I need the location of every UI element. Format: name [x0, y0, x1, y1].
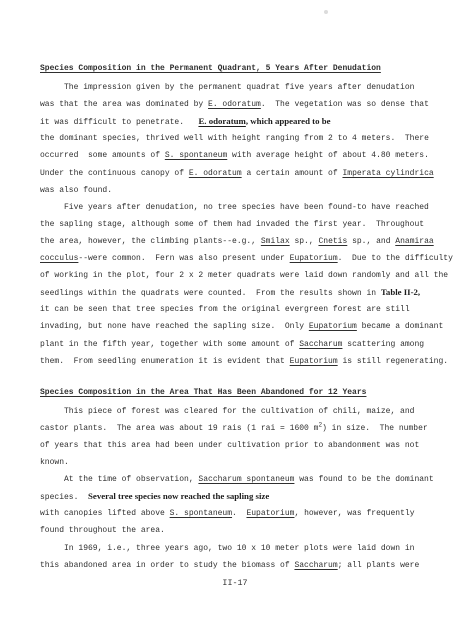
- text-line: the dominant species, thrived well with …: [40, 130, 454, 147]
- text-segment: was found to be the dominant: [294, 475, 433, 484]
- text-segment: castor plants. The area was about 19 rai…: [40, 424, 318, 433]
- text-line: Under the continuous canopy of E. odorat…: [40, 165, 454, 182]
- text-segment: Five years after denudation, no tree spe…: [64, 203, 429, 212]
- text-segment: At the time of observation,: [64, 475, 198, 484]
- text-segment: Under the continuous canopy of: [40, 169, 189, 178]
- text-segment: E. odoratum: [208, 100, 261, 109]
- text-line: the area, however, the climbing plants--…: [40, 233, 454, 250]
- text-segment: them. From seedling enumeration it is ev…: [40, 357, 290, 366]
- text-segment: , however, was frequently: [294, 509, 414, 518]
- document-section: Species Composition in the Area That Has…: [40, 384, 454, 574]
- text-segment: Eupatorium: [290, 357, 338, 366]
- text-line: occurred some amounts of S. spontaneum w…: [40, 147, 454, 164]
- text-line: was that the area was dominated by E. od…: [40, 96, 454, 113]
- text-line: cocculus--were common. Fern was also pre…: [40, 250, 454, 267]
- text-segment: Eupatorium: [290, 254, 338, 263]
- text-segment: the dominant species, thrived well with …: [40, 134, 429, 143]
- text-line: the sapling stage, although some of them…: [40, 216, 454, 233]
- text-segment: this abandoned area in order to study th…: [40, 561, 294, 570]
- text-segment: Several tree species now reached the sap…: [88, 491, 269, 501]
- text-segment: Cnetis: [318, 237, 347, 246]
- scan-artifact: [324, 10, 328, 14]
- text-segment: the area, however, the climbing plants--…: [40, 237, 261, 246]
- text-segment: E. odoratum: [198, 116, 245, 126]
- text-segment: seedlings within the quadrats were count…: [40, 289, 381, 298]
- text-segment: Eupatorium: [246, 509, 294, 518]
- text-segment: sp.,: [290, 237, 319, 246]
- text-segment: .: [232, 509, 246, 518]
- text-segment: In 1969, i.e., three years ago, two 10 x…: [64, 544, 414, 553]
- text-line: At the time of observation, Saccharum sp…: [40, 471, 454, 488]
- text-line: castor plants. The area was about 19 rai…: [40, 420, 454, 437]
- text-line: was also found.: [40, 182, 454, 199]
- text-segment: , which appeared to be: [246, 116, 331, 126]
- text-line: species. Several tree species now reache…: [40, 488, 454, 505]
- text-segment: S. spontaneum: [165, 151, 227, 160]
- text-segment: the sapling stage, although some of them…: [40, 220, 424, 229]
- scanned-document-page: Species Composition in the Permanent Qua…: [0, 0, 470, 640]
- text-line: In 1969, i.e., three years ago, two 10 x…: [40, 540, 454, 557]
- text-line: it can be seen that tree species from th…: [40, 301, 454, 318]
- text-line: This piece of forest was cleared for the…: [40, 403, 454, 420]
- text-segment: Saccharum: [299, 340, 342, 349]
- text-segment: species.: [40, 493, 88, 502]
- text-segment: ; all plants were: [338, 561, 420, 570]
- text-segment: . Due to the difficulty: [338, 254, 453, 263]
- text-segment: it can be seen that tree species from th…: [40, 305, 410, 314]
- text-segment: with average height of about 4.80 meters…: [227, 151, 429, 160]
- text-segment: E. odoratum: [189, 169, 242, 178]
- text-segment: a certain amount of: [242, 169, 343, 178]
- text-line: this abandoned area in order to study th…: [40, 557, 454, 574]
- text-segment: found throughout the area.: [40, 526, 165, 535]
- text-segment: it was difficult to penetrate.: [40, 118, 198, 127]
- text-segment: sp., and: [347, 237, 395, 246]
- text-segment: known.: [40, 458, 69, 467]
- text-segment: Imperata cylindrica: [342, 169, 433, 178]
- document-section: Species Composition in the Permanent Qua…: [40, 60, 454, 370]
- text-line: known.: [40, 454, 454, 471]
- text-segment: . The vegetation was so dense that: [261, 100, 429, 109]
- text-segment: of years that this area had been under c…: [40, 441, 419, 450]
- text-segment: was that the area was dominated by: [40, 100, 208, 109]
- text-segment: This piece of forest was cleared for the…: [64, 407, 414, 416]
- section-heading: Species Composition in the Permanent Qua…: [40, 60, 454, 77]
- text-line: invading, but none have reached the sapl…: [40, 318, 454, 335]
- text-segment: was also found.: [40, 186, 112, 195]
- text-segment: invading, but none have reached the sapl…: [40, 322, 309, 331]
- text-segment: of working in the plot, four 2 x 2 meter…: [40, 271, 448, 280]
- text-line: The impression given by the permanent qu…: [40, 79, 454, 96]
- text-segment: ) in size. The number: [322, 424, 428, 433]
- text-segment: --were common. Fern was also present und…: [78, 254, 289, 263]
- text-line: plant in the fifth year, together with s…: [40, 336, 454, 353]
- text-line: them. From seedling enumeration it is ev…: [40, 353, 454, 370]
- text-line: found throughout the area.: [40, 522, 454, 539]
- text-segment: Table II-2,: [381, 287, 420, 297]
- text-segment: Saccharum: [294, 561, 337, 570]
- text-segment: occurred some amounts of: [40, 151, 165, 160]
- text-segment: Smilax: [261, 237, 290, 246]
- page-number: II-17: [0, 578, 470, 588]
- text-segment: plant in the fifth year, together with s…: [40, 340, 299, 349]
- section-heading: Species Composition in the Area That Has…: [40, 384, 454, 401]
- text-segment: Eupatorium: [309, 322, 357, 331]
- text-line: it was difficult to penetrate. E. odorat…: [40, 113, 454, 130]
- text-segment: with canopies lifted above: [40, 509, 170, 518]
- text-segment: cocculus: [40, 254, 78, 263]
- text-segment: became a dominant: [357, 322, 443, 331]
- text-segment: is still regenerating.: [338, 357, 448, 366]
- text-line: seedlings within the quadrats were count…: [40, 284, 454, 301]
- text-segment: S. spontaneum: [170, 509, 232, 518]
- text-line: Five years after denudation, no tree spe…: [40, 199, 454, 216]
- text-line: of years that this area had been under c…: [40, 437, 454, 454]
- document-body: Species Composition in the Permanent Qua…: [40, 60, 454, 574]
- text-segment: The impression given by the permanent qu…: [64, 83, 414, 92]
- text-segment: scattering among: [342, 340, 424, 349]
- text-segment: Anamiraa: [395, 237, 433, 246]
- text-segment: Saccharum spontaneum: [198, 475, 294, 484]
- text-line: with canopies lifted above S. spontaneum…: [40, 505, 454, 522]
- text-line: of working in the plot, four 2 x 2 meter…: [40, 267, 454, 284]
